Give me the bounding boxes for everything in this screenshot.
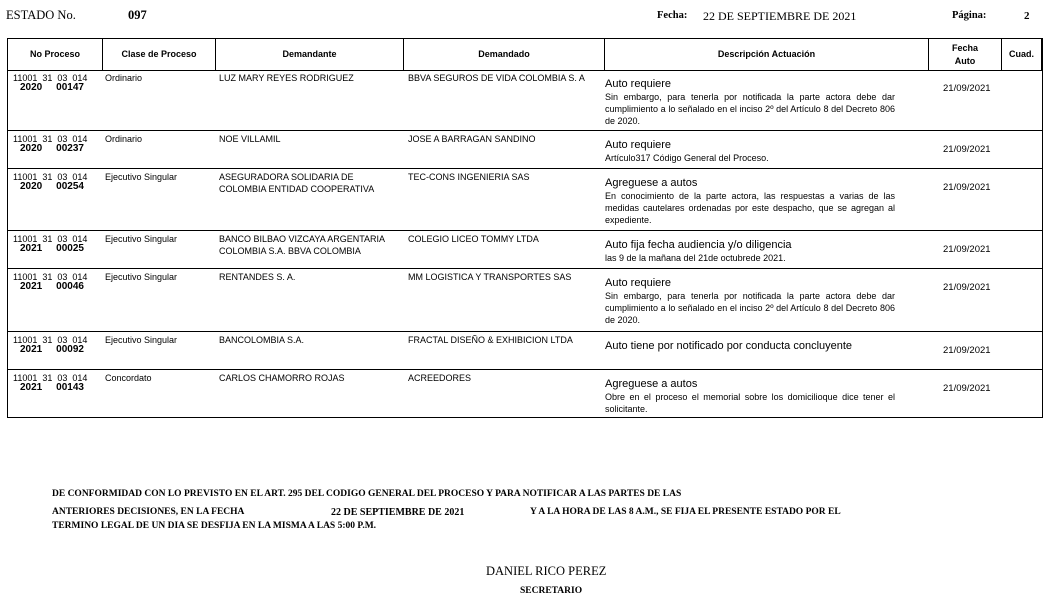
proceso-year-radicado: 2021 00092 [20, 344, 84, 356]
column-header-demandado: Demandado [404, 39, 605, 70]
notice-line-2-suffix: Y A LA HORA DE LAS 8 A.M., SE FIJA EL PR… [530, 507, 841, 517]
demandante: NOE VILLAMIL [219, 133, 399, 145]
signer-name: DANIEL RICO PEREZ [486, 564, 606, 579]
actuacion-title: Agreguese a autos [605, 176, 895, 190]
demandante: RENTANDES S. A. [219, 271, 399, 283]
notice-date: 22 DE SEPTIEMBRE DE 2021 [331, 507, 464, 518]
actuacion-title: Auto requiere [605, 276, 895, 290]
fecha-auto: 21/09/2021 [943, 144, 991, 156]
notice-line-1: DE CONFORMIDAD CON LO PREVISTO EN EL ART… [52, 489, 681, 499]
fecha-auto: 21/09/2021 [943, 282, 991, 294]
demandado: TEC-CONS INGENIERIA SAS [408, 171, 593, 183]
estado-table: No Proceso Clase de Proceso Demandante D… [7, 38, 1043, 418]
pagina-value: 2 [1024, 10, 1030, 22]
demandante: BANCOLOMBIA S.A. [219, 334, 399, 346]
fecha-auto: 21/09/2021 [943, 383, 991, 395]
clase-proceso: Ordinario [105, 133, 142, 145]
column-header-fecha-auto: Fecha Auto [929, 39, 1002, 70]
descripcion-actuacion: Agreguese a autosEn conocimiento de la p… [605, 176, 895, 226]
actuacion-title: Auto fija fecha audiencia y/o diligencia [605, 238, 895, 252]
proceso-year-radicado: 2021 00025 [20, 243, 84, 255]
proceso-year-radicado: 2020 00254 [20, 181, 84, 193]
demandado: JOSE A BARRAGAN SANDINO [408, 133, 593, 145]
table-row: 11001 31 03 0142020 00254Ejecutivo Singu… [8, 169, 1042, 231]
table-row: 11001 31 03 0142020 00147OrdinarioLUZ MA… [8, 70, 1042, 131]
actuacion-title: Auto tiene por notificado por conducta c… [605, 339, 895, 353]
actuacion-detail: En conocimiento de la parte actora, las … [605, 190, 895, 226]
demandado: ACREEDORES [408, 372, 593, 384]
descripcion-actuacion: Auto tiene por notificado por conducta c… [605, 339, 895, 353]
actuacion-title: Auto requiere [605, 77, 895, 91]
actuacion-detail: las 9 de la mañana del 21de octubrede 20… [605, 252, 895, 264]
clase-proceso: Ejecutivo Singular [105, 334, 177, 346]
clase-proceso: Ejecutivo Singular [105, 271, 177, 283]
fecha-auto: 21/09/2021 [943, 83, 991, 95]
actuacion-detail: Artículo317 Código General del Proceso. [605, 152, 895, 164]
demandado: COLEGIO LICEO TOMMY LTDA [408, 233, 593, 245]
clase-proceso: Concordato [105, 372, 152, 384]
descripcion-actuacion: Auto fija fecha audiencia y/o diligencia… [605, 238, 895, 264]
table-row: 11001 31 03 0142021 00143ConcordatoCARLO… [8, 370, 1042, 418]
actuacion-title: Agreguese a autos [605, 377, 895, 391]
table-row: 11001 31 03 0142021 00046Ejecutivo Singu… [8, 269, 1042, 332]
fecha-auto: 21/09/2021 [943, 182, 991, 194]
demandante: CARLOS CHAMORRO ROJAS [219, 372, 399, 384]
actuacion-detail: Obre en el proceso el memorial sobre los… [605, 391, 895, 415]
demandado: MM LOGISTICA Y TRANSPORTES SAS [408, 271, 593, 283]
pagina-label: Página: [952, 10, 986, 21]
descripcion-actuacion: Auto requiereSin embargo, para tenerla p… [605, 276, 895, 326]
notice-line-2-prefix: ANTERIORES DECISIONES, EN LA FECHA [52, 507, 244, 517]
table-row: 11001 31 03 0142021 00092Ejecutivo Singu… [8, 332, 1042, 370]
estado-label: ESTADO No. [6, 8, 76, 23]
table-row: 11001 31 03 0142020 00237OrdinarioNOE VI… [8, 131, 1042, 169]
clase-proceso: Ejecutivo Singular [105, 233, 177, 245]
table-row: 11001 31 03 0142021 00025Ejecutivo Singu… [8, 231, 1042, 269]
column-header-descripcion: Descripción Actuación [605, 39, 929, 70]
proceso-year-radicado: 2021 00046 [20, 281, 84, 293]
demandante: LUZ MARY REYES RODRIGUEZ [219, 72, 399, 84]
signer-role: SECRETARIO [520, 586, 582, 596]
clase-proceso: Ejecutivo Singular [105, 171, 177, 183]
fecha-auto: 21/09/2021 [943, 345, 991, 357]
fecha-label: Fecha: [657, 10, 687, 21]
notice-line-3: TERMINO LEGAL DE UN DIA SE DESFIJA EN LA… [52, 521, 376, 531]
actuacion-title: Auto requiere [605, 138, 895, 152]
demandado: BBVA SEGUROS DE VIDA COLOMBIA S. A [408, 72, 593, 84]
descripcion-actuacion: Agreguese a autosObre en el proceso el m… [605, 377, 895, 415]
demandante: ASEGURADORA SOLIDARIA DE COLOMBIA ENTIDA… [219, 171, 399, 195]
fecha-auto: 21/09/2021 [943, 244, 991, 256]
column-header-no-proceso: No Proceso [8, 39, 103, 70]
column-header-clase-proceso: Clase de Proceso [103, 39, 216, 70]
proceso-year-radicado: 2020 00147 [20, 82, 84, 94]
proceso-year-radicado: 2021 00143 [20, 382, 84, 394]
descripcion-actuacion: Auto requiereSin embargo, para tenerla p… [605, 77, 895, 127]
demandante: BANCO BILBAO VIZCAYA ARGENTARIA COLOMBIA… [219, 233, 399, 257]
column-header-demandante: Demandante [216, 39, 404, 70]
fecha-value: 22 DE SEPTIEMBRE DE 2021 [703, 9, 856, 24]
demandado: FRACTAL DISEÑO & EXHIBICION LTDA [408, 334, 593, 346]
proceso-year-radicado: 2020 00237 [20, 143, 84, 155]
actuacion-detail: Sin embargo, para tenerla por notificada… [605, 91, 895, 127]
clase-proceso: Ordinario [105, 72, 142, 84]
column-header-cuaderno: Cuad. [1002, 39, 1042, 70]
estado-number: 097 [128, 8, 147, 23]
actuacion-detail: Sin embargo, para tenerla por notificada… [605, 290, 895, 326]
descripcion-actuacion: Auto requiereArtículo317 Código General … [605, 138, 895, 164]
